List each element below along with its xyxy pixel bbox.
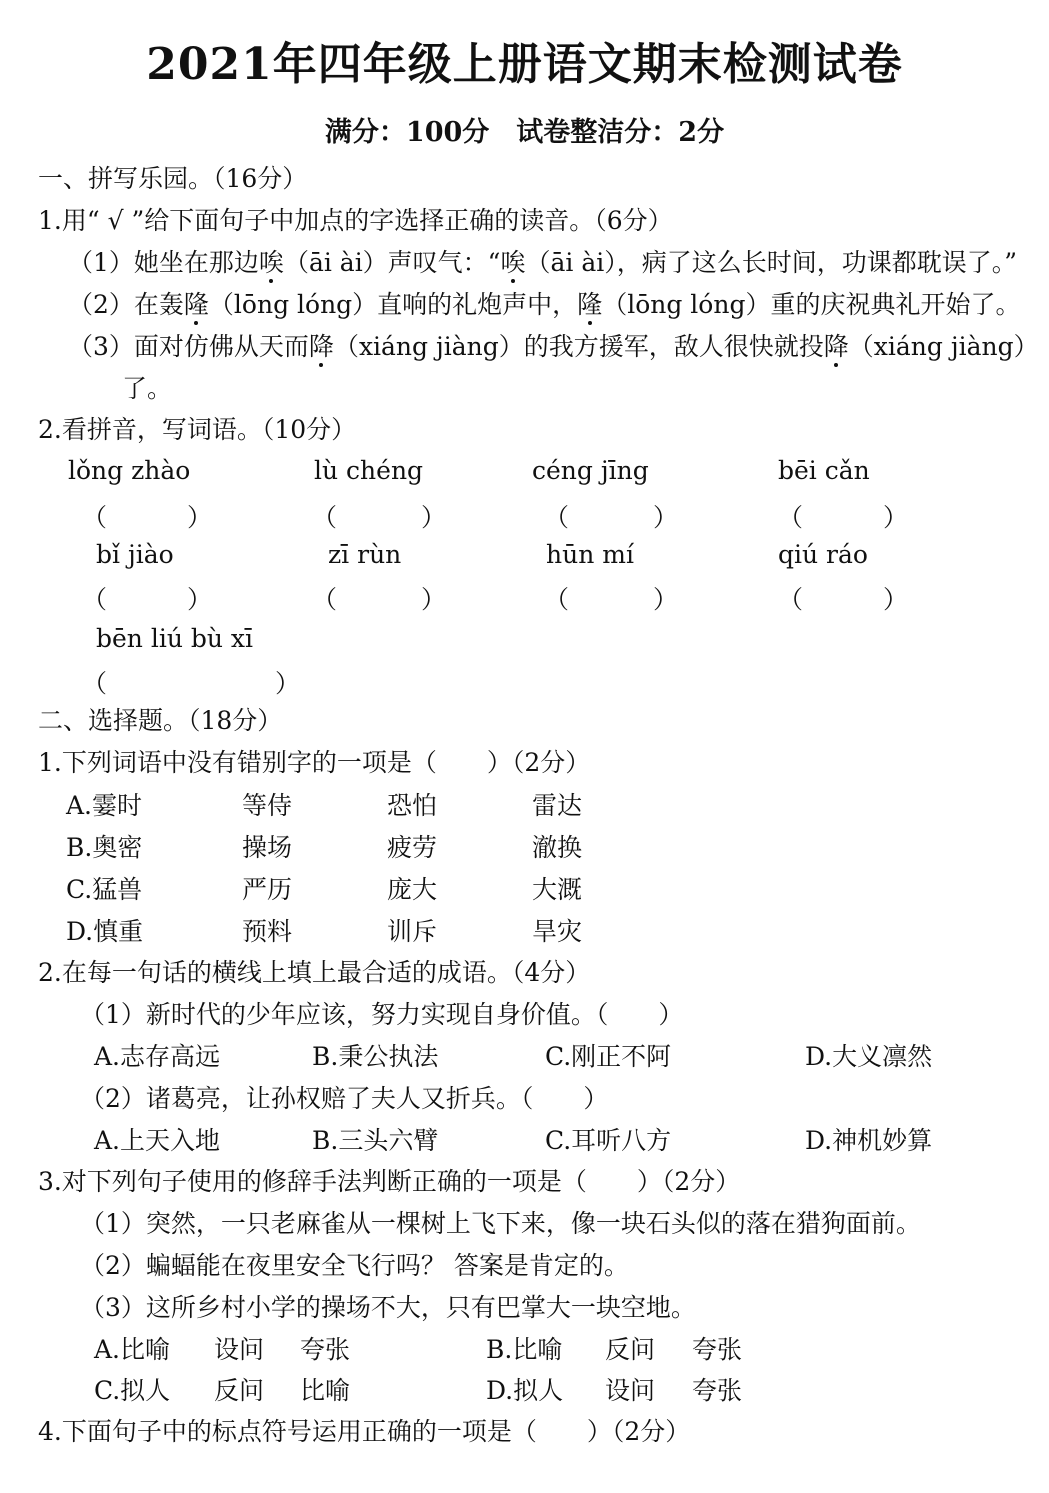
section-heading-1: 一、拼写乐园。（16分） — [38, 162, 307, 196]
paren-open: （ — [778, 503, 803, 532]
item-text: （āi ài），病了这么长时间，功课都耽误了。” — [525, 248, 1017, 277]
word: 夸张 — [300, 1333, 350, 1367]
option-b[interactable]: B.秉公执法 — [312, 1040, 438, 1074]
page-title: 2021年四年级上册语文期末检测试卷 — [0, 28, 1049, 92]
question-2-3-sentence-2: （2）蝙蝠能在夜里安全飞行吗？ 答案是肯定的。 — [80, 1249, 629, 1283]
paren-close: ） — [275, 669, 300, 698]
paren-open: （ — [544, 503, 569, 532]
paren-open: （ — [312, 585, 337, 614]
word: 反问 — [214, 1374, 264, 1408]
option-label: B.奥密 — [66, 833, 142, 862]
option-row-a[interactable]: A.霎时 — [66, 789, 142, 823]
option-a[interactable]: A.比喻 — [94, 1333, 170, 1367]
dotted-char: 降 — [824, 332, 849, 361]
item-text: （lōng lóng）直响的礼炮声中， — [209, 290, 577, 319]
item-text: （3）面对仿佛从天而 — [68, 332, 309, 361]
pinyin-8: qiú ráo — [778, 540, 868, 569]
option-row-c[interactable]: C.猛兽 — [66, 873, 142, 907]
paren-close: ） — [883, 585, 908, 614]
question-1-1-item-1: （1）她坐在那边唉（āi ài）声叹气：“唉（āi ài），病了这么长时间，功课… — [68, 246, 1017, 280]
option-row-b[interactable]: B.奥密 — [66, 831, 142, 865]
paren-close: ） — [187, 503, 212, 532]
answer-blank-4[interactable]: （） — [778, 498, 908, 534]
paren-open: （ — [544, 585, 569, 614]
pinyin-7: hūn mí — [546, 540, 634, 569]
pinyin-3: céng jīng — [532, 456, 649, 485]
pinyin-1: lǒng zhào — [68, 456, 190, 485]
question-1-1-item-3: （3）面对仿佛从天而降（xiáng jiàng）的我方援军，敌人很快就投降（xi… — [68, 330, 1039, 364]
word: 疲劳 — [387, 831, 437, 865]
answer-blank-7[interactable]: （） — [544, 580, 678, 616]
answer-blank-8[interactable]: （） — [778, 580, 908, 616]
word: 等侍 — [242, 789, 292, 823]
question-1-1-item-3-continuation: 了。 — [122, 372, 172, 406]
answer-blank-3[interactable]: （） — [544, 498, 678, 534]
word: 旱灾 — [532, 915, 582, 949]
word: 夸张 — [692, 1374, 742, 1408]
item-text: （1）她坐在那边 — [68, 248, 259, 277]
answer-blank-6[interactable]: （） — [312, 580, 446, 616]
item-text: （xiáng jiàng） — [849, 332, 1039, 361]
word: 庞大 — [387, 873, 437, 907]
question-2-2-sub-2: （2）诸葛亮，让孙权赔了夫人又折兵。（ ） — [80, 1082, 608, 1116]
word: 雷达 — [532, 789, 582, 823]
question-2-2-sub-1: （1）新时代的少年应该，努力实现自身价值。（ ） — [80, 998, 683, 1032]
option-label: A.霎时 — [66, 791, 142, 820]
option-label: D.慎重 — [66, 917, 143, 946]
word: 夸张 — [692, 1333, 742, 1367]
item-text: （āi ài）声叹气：“ — [284, 248, 501, 277]
item-text: （xiáng jiàng）的我方援军，敌人很快就投 — [334, 332, 824, 361]
paren-open: （ — [82, 669, 107, 698]
word: 操场 — [242, 831, 292, 865]
pinyin-2: lù chéng — [314, 456, 423, 485]
dotted-char: 唉 — [500, 248, 525, 277]
question-1-1-prompt: 1.用“ √ ”给下面句子中加点的字选择正确的读音。（6分） — [38, 204, 673, 238]
paren-open: （ — [312, 503, 337, 532]
dotted-char: 降 — [309, 332, 334, 361]
question-2-3-prompt: 3.对下列句子使用的修辞手法判断正确的一项是（ ）（2分） — [38, 1165, 740, 1199]
question-2-3-sentence-1: （1）突然，一只老麻雀从一棵树上飞下来，像一块石头似的落在猎狗面前。 — [80, 1207, 921, 1241]
dotted-char: 隆 — [577, 290, 602, 319]
question-2-2-prompt: 2.在每一句话的横线上填上最合适的成语。（4分） — [38, 956, 590, 990]
pinyin-6: zī rùn — [328, 540, 401, 569]
item-text: （lōng lóng）重的庆祝典礼开始了。 — [602, 290, 1020, 319]
pinyin-9: bēn liú bù xī — [96, 624, 253, 653]
paren-open: （ — [778, 585, 803, 614]
paren-close: ） — [653, 585, 678, 614]
paren-close: ） — [421, 585, 446, 614]
word: 预料 — [242, 915, 292, 949]
option-a[interactable]: A.志存高远 — [94, 1040, 220, 1074]
word: 恐怕 — [387, 789, 437, 823]
question-2-4-prompt: 4.下面句子中的标点符号运用正确的一项是（ ）（2分） — [38, 1415, 690, 1449]
option-d[interactable]: D.大义凛然 — [805, 1040, 932, 1074]
word: 设问 — [605, 1374, 655, 1408]
pinyin-4: bēi cǎn — [778, 456, 870, 485]
option-c[interactable]: C.刚正不阿 — [545, 1040, 671, 1074]
paren-open: （ — [82, 503, 107, 532]
option-c[interactable]: C.耳听八方 — [545, 1124, 671, 1158]
word: 反问 — [605, 1333, 655, 1367]
score-info: 满分：100分 试卷整洁分：2分 — [0, 110, 1049, 149]
section-heading-2: 二、选择题。（18分） — [38, 704, 282, 738]
item-text: （2）在轰 — [68, 290, 184, 319]
paren-close: ） — [653, 503, 678, 532]
paren-open: （ — [82, 585, 107, 614]
answer-blank-1[interactable]: （） — [82, 498, 212, 534]
answer-blank-9[interactable]: （） — [82, 664, 300, 700]
answer-blank-2[interactable]: （） — [312, 498, 446, 534]
word: 澈换 — [532, 831, 582, 865]
question-2-1-prompt: 1.下列词语中没有错别字的一项是（ ）（2分） — [38, 746, 590, 780]
option-b[interactable]: B.比喻 — [486, 1333, 562, 1367]
option-c[interactable]: C.拟人 — [94, 1374, 170, 1408]
word: 严历 — [242, 873, 292, 907]
question-2-3-sentence-3: （3）这所乡村小学的操场不大，只有巴掌大一块空地。 — [80, 1291, 696, 1325]
word: 设问 — [214, 1333, 264, 1367]
option-label: C.猛兽 — [66, 875, 142, 904]
dotted-char: 隆 — [184, 290, 209, 319]
option-d[interactable]: D.拟人 — [486, 1374, 563, 1408]
word: 训斥 — [387, 915, 437, 949]
word: 大溉 — [532, 873, 582, 907]
word: 比喻 — [300, 1374, 350, 1408]
paren-close: ） — [187, 585, 212, 614]
dotted-char: 唉 — [259, 248, 284, 277]
option-row-d[interactable]: D.慎重 — [66, 915, 143, 949]
option-d[interactable]: D.神机妙算 — [805, 1124, 932, 1158]
option-b[interactable]: B.三头六臂 — [312, 1124, 438, 1158]
pinyin-5: bǐ jiào — [96, 540, 174, 569]
paren-close: ） — [421, 503, 446, 532]
paren-close: ） — [883, 503, 908, 532]
question-1-1-item-2: （2）在轰隆（lōng lóng）直响的礼炮声中，隆（lōng lóng）重的庆… — [68, 288, 1020, 322]
answer-blank-5[interactable]: （） — [82, 580, 212, 616]
option-a[interactable]: A.上天入地 — [94, 1124, 220, 1158]
question-1-2-prompt: 2.看拼音，写词语。（10分） — [38, 413, 356, 447]
